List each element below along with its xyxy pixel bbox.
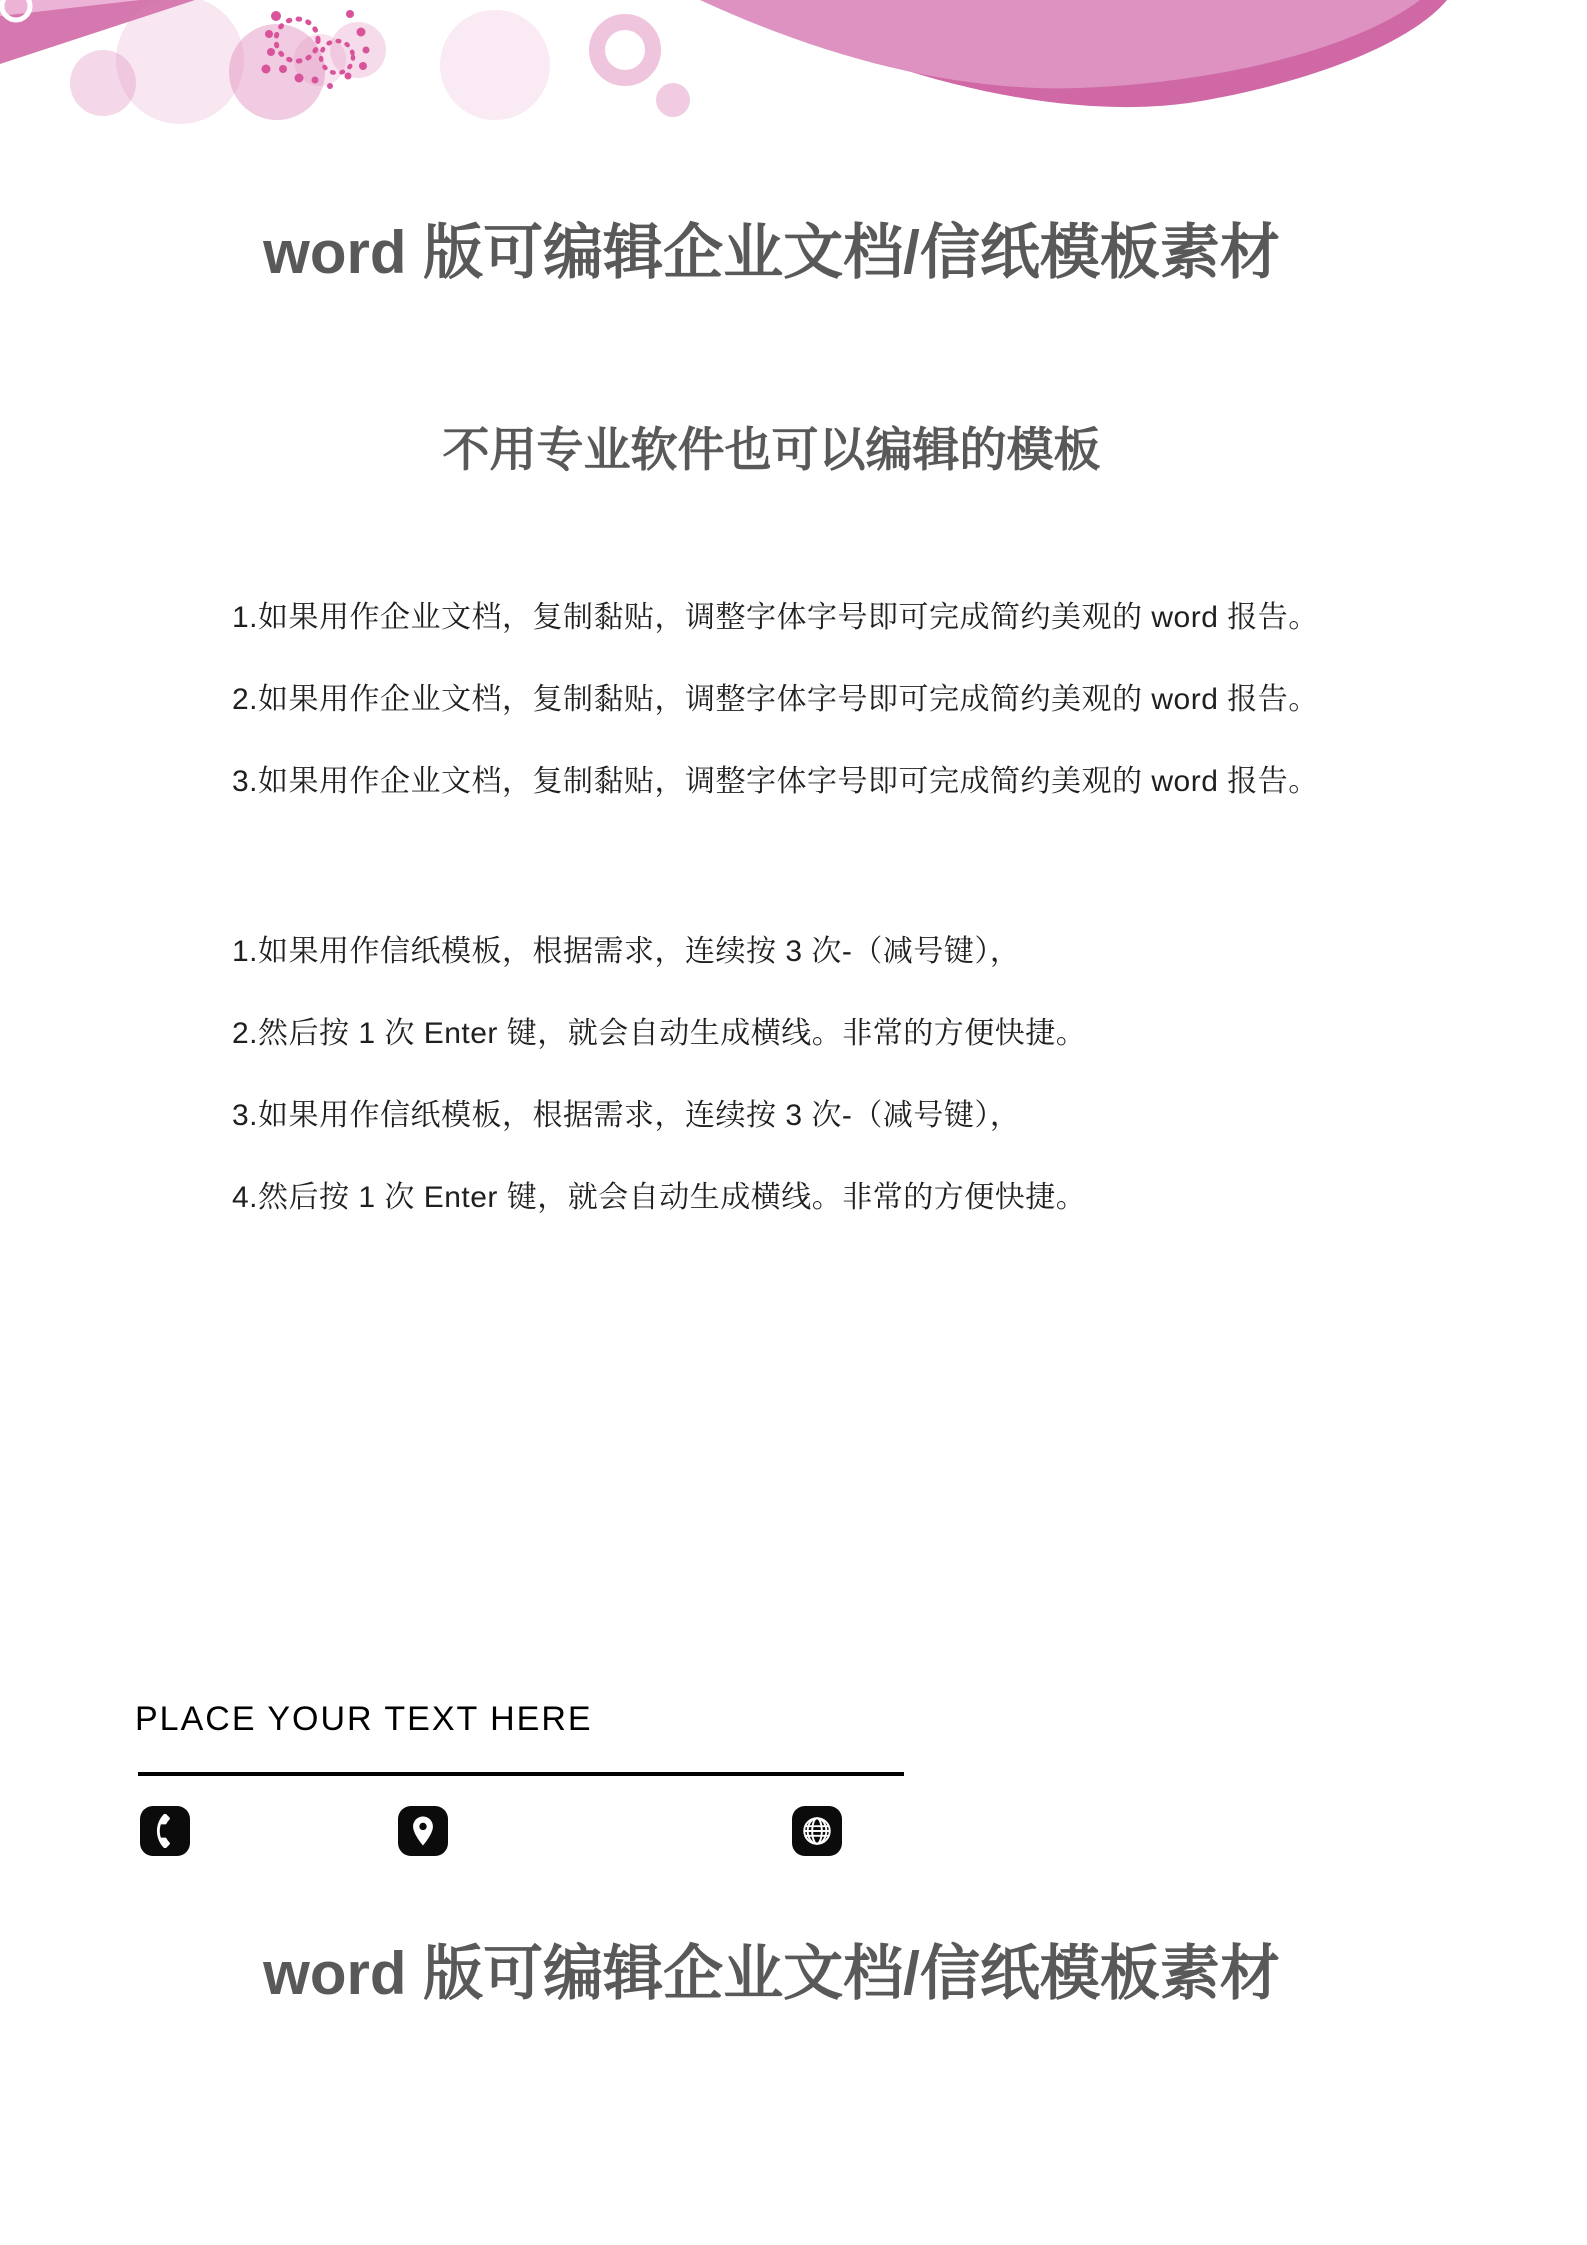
letterhead-tip-line: 4.然后按 1 次 Enter 键，就会自动生成横线。非常的方便快捷。	[232, 1172, 1086, 1216]
divider-line	[138, 1772, 904, 1776]
document-page: word 版可编辑企业文档/信纸模板素材 不用专业软件也可以编辑的模板 1.如果…	[0, 0, 1587, 2245]
letterhead-tip-line: 2.然后按 1 次 Enter 键，就会自动生成横线。非常的方便快捷。	[232, 1008, 1086, 1052]
letterhead-tip-line: 1.如果用作信纸模板，根据需求，连续按 3 次-（减号键），	[232, 926, 1020, 970]
document-tip-line: 3.如果用作企业文档，复制黏贴，调整字体字号即可完成简约美观的 word 报告。	[232, 756, 1319, 800]
globe-icon	[792, 1806, 842, 1856]
page-subtitle: 不用专业软件也可以编辑的模板	[0, 413, 1587, 480]
decorative-header-graphic	[0, 0, 1587, 200]
location-pin-icon	[398, 1806, 448, 1856]
footer-title: word 版可编辑企业文档/信纸模板素材	[0, 1926, 1587, 2012]
letterhead-tip-line: 3.如果用作信纸模板，根据需求，连续按 3 次-（减号键），	[232, 1090, 1020, 1134]
document-tip-line: 2.如果用作企业文档，复制黏贴，调整字体字号即可完成简约美观的 word 报告。	[232, 674, 1319, 718]
page-title: word 版可编辑企业文档/信纸模板素材	[0, 205, 1587, 291]
phone-icon	[140, 1806, 190, 1856]
pink-wave-graphic	[700, 0, 1447, 107]
pink-bubbles-graphic	[70, 0, 690, 124]
document-tip-line: 1.如果用作企业文档，复制黏贴，调整字体字号即可完成简约美观的 word 报告。	[232, 592, 1319, 636]
placeholder-text-heading: PLACE YOUR TEXT HERE	[135, 1700, 593, 1739]
